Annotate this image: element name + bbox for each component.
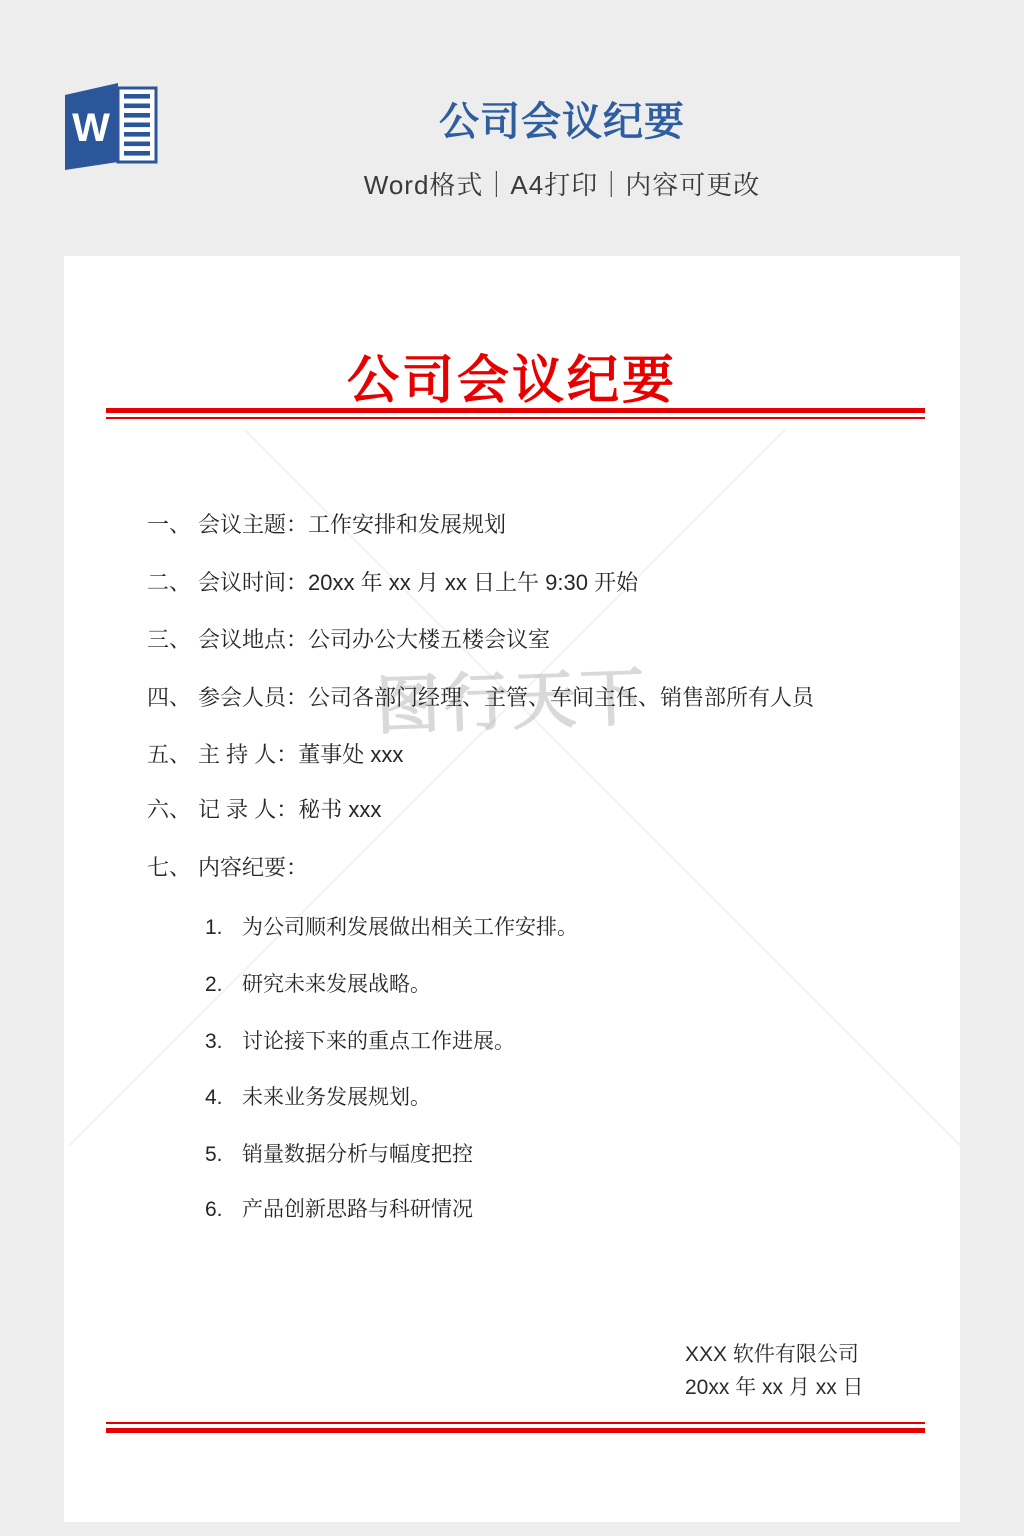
signature-block: XXX 软件有限公司 20xx 年 xx 月 xx 日 bbox=[685, 1338, 864, 1404]
sub-list-item: 1.为公司顺利发展做出相关工作安排。 bbox=[205, 914, 578, 942]
footer-rule-thick bbox=[106, 1428, 925, 1433]
sub-list-item-text: 销量数据分析与幅度把控 bbox=[242, 1143, 473, 1166]
list-item-number: 四、 bbox=[147, 684, 198, 712]
sub-list-item-text: 产品创新思路与科研情况 bbox=[242, 1198, 473, 1221]
header-subtitle: Word格式｜A4打印｜内容可更改 bbox=[95, 165, 1024, 202]
sub-list-item-number: 6. bbox=[205, 1196, 242, 1224]
list-item: 二、会议时间：20xx 年 xx 月 xx 日上午 9:30 开始 bbox=[147, 569, 638, 597]
list-item-number: 一、 bbox=[147, 511, 198, 539]
list-item: 一、会议主题：工作安排和发展规划 bbox=[147, 511, 506, 539]
sub-list-item-number: 2. bbox=[205, 971, 242, 999]
header-titles: 公司会议纪要 Word格式｜A4打印｜内容可更改 bbox=[95, 90, 1024, 202]
sub-list-item-text: 为公司顺利发展做出相关工作安排。 bbox=[242, 916, 578, 939]
list-item-number: 三、 bbox=[147, 626, 198, 654]
signature-company: XXX 软件有限公司 bbox=[685, 1338, 864, 1371]
sub-list-item: 3.讨论接下来的重点工作进展。 bbox=[205, 1028, 515, 1056]
list-item-number: 六、 bbox=[147, 796, 198, 824]
list-item-text: 参会人员：公司各部门经理、主管、车间主任、销售部所有人员 bbox=[198, 685, 814, 710]
list-item-text: 记 录 人：秘书 xxx bbox=[198, 797, 381, 822]
watermark-diagonal-lines bbox=[64, 256, 960, 1522]
title-rule-thick bbox=[106, 408, 925, 413]
list-item-text: 内容纪要： bbox=[198, 855, 308, 880]
sub-list-item: 4.未来业务发展规划。 bbox=[205, 1084, 431, 1112]
document-page: 图行天下 公司会议纪要 一、会议主题：工作安排和发展规划 二、会议时间：20xx… bbox=[64, 256, 960, 1522]
title-rule-thin bbox=[106, 417, 925, 419]
sub-list-item-number: 1. bbox=[205, 914, 242, 942]
list-item: 三、会议地点：公司办公大楼五楼会议室 bbox=[147, 626, 550, 654]
sub-list-item: 6.产品创新思路与科研情况 bbox=[205, 1196, 473, 1224]
list-item-number: 七、 bbox=[147, 854, 198, 882]
list-item: 六、记 录 人：秘书 xxx bbox=[147, 796, 381, 824]
list-item-text: 会议时间：20xx 年 xx 月 xx 日上午 9:30 开始 bbox=[198, 570, 638, 595]
list-item-number: 二、 bbox=[147, 569, 198, 597]
list-item-number: 五、 bbox=[147, 741, 198, 769]
footer-rule-thin bbox=[106, 1422, 925, 1424]
document-title: 公司会议纪要 bbox=[64, 338, 960, 413]
signature-date: 20xx 年 xx 月 xx 日 bbox=[685, 1371, 864, 1404]
list-item: 四、参会人员：公司各部门经理、主管、车间主任、销售部所有人员 bbox=[147, 684, 814, 712]
list-item-text: 会议地点：公司办公大楼五楼会议室 bbox=[198, 627, 550, 652]
sub-list-item: 5.销量数据分析与幅度把控 bbox=[205, 1141, 473, 1169]
header-title: 公司会议纪要 bbox=[95, 90, 1024, 147]
header: W 公司会议纪要 Word格式｜A4打印｜内容可更改 bbox=[0, 0, 1024, 256]
sub-list-item: 2.研究未来发展战略。 bbox=[205, 971, 431, 999]
sub-list-item-number: 5. bbox=[205, 1141, 242, 1169]
sub-list-item-text: 未来业务发展规划。 bbox=[242, 1086, 431, 1109]
sub-list-item-number: 4. bbox=[205, 1084, 242, 1112]
list-item: 七、内容纪要： bbox=[147, 854, 308, 882]
list-item-text: 主 持 人：董事处 xxx bbox=[198, 742, 403, 767]
list-item-text: 会议主题：工作安排和发展规划 bbox=[198, 512, 506, 537]
sub-list-item-text: 研究未来发展战略。 bbox=[242, 973, 431, 996]
sub-list-item-text: 讨论接下来的重点工作进展。 bbox=[242, 1030, 515, 1053]
sub-list-item-number: 3. bbox=[205, 1028, 242, 1056]
list-item: 五、主 持 人：董事处 xxx bbox=[147, 741, 403, 769]
